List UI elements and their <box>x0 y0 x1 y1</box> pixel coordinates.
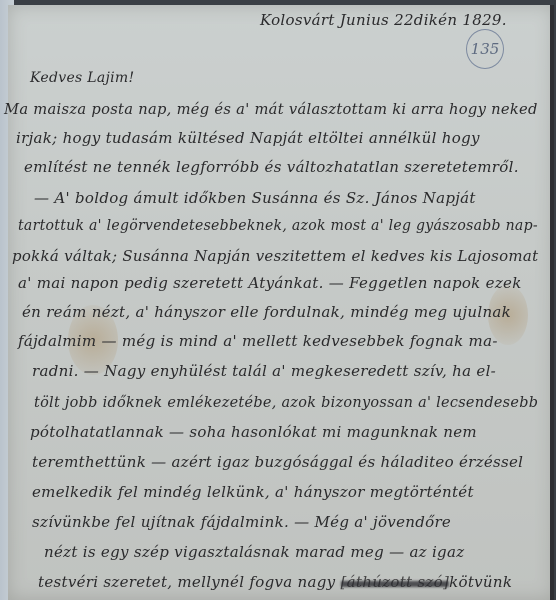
letter-line: pokká váltak; Susánna Napján veszitettem… <box>12 247 538 265</box>
salutation: Kedves Lajim! <box>30 70 134 86</box>
letter-line: szívünkbe fel ujítnak fájdalmink. — Még … <box>32 513 451 531</box>
letter-line: pótolhatatlannak — soha hasonlókat mi ma… <box>30 423 477 441</box>
letter-line-tail: kötvünk <box>449 573 512 591</box>
paper-edge-shadow <box>550 5 554 600</box>
letter-line-last: testvéri szeretet, mellynél fogva nagy [… <box>38 573 512 591</box>
letter-line: — A' boldog ámult időkben Susánna és Sz.… <box>34 189 476 207</box>
letter-paper: Kolosvárt Junius 22dikén 1829. 135 Kedve… <box>8 5 554 600</box>
letter-line: Ma maisza posta nap, még és a' mát válas… <box>4 100 538 118</box>
letter-line: tölt jobb időknek emlékezetébe, azok biz… <box>34 393 538 411</box>
letter-line-text: testvéri szeretet, mellynél fogva nagy <box>38 573 335 591</box>
letter-line: én reám nézt, a' hányszor elle fordulnak… <box>22 303 511 321</box>
letter-line: tartottuk a' legörvendetesebbeknek, azok… <box>18 218 538 234</box>
letter-line: fájdalmim — még is mind a' mellett kedve… <box>18 332 498 350</box>
archive-number-stamp: 135 <box>466 29 504 69</box>
letter-line: teremthettünk — azért igaz buzgósággal é… <box>32 453 523 471</box>
letter-line: radni. — Nagy enyhülést talál a' megkese… <box>32 362 496 380</box>
letter-line: nézt is egy szép vigasztalásnak marad me… <box>44 543 464 561</box>
letter-line: a' mai napon pedig szeretett Atyánkat. —… <box>18 274 522 292</box>
place-date-header: Kolosvárt Junius 22dikén 1829. <box>260 11 507 29</box>
letter-line: irjak; hogy tudasám kültésed Napját eltö… <box>16 129 480 147</box>
struck-out-word: [áthúzott szó] <box>341 573 450 591</box>
letter-line: említést ne tennék legforróbb és változh… <box>24 158 519 176</box>
letter-line: emelkedik fel mindég lelkünk, a' hányszo… <box>32 483 474 501</box>
